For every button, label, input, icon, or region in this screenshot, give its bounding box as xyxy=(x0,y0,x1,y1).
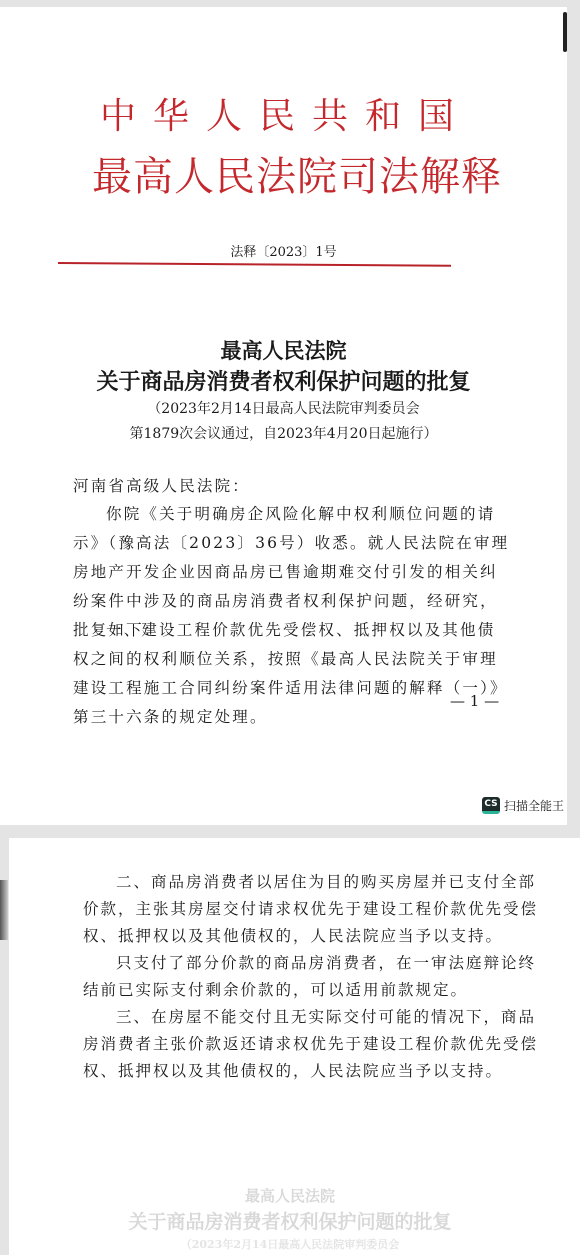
paragraph-article-2: 二、商品房消费者以居住为目的购买房屋并已支付全部价款，主张其房屋交付请求权优先于… xyxy=(83,869,543,950)
watermark-text: 扫描全能王 xyxy=(504,797,564,814)
bleed-through-issuer: 最高人民法院 xyxy=(0,1185,580,1206)
masthead-court-interpretation: 最高人民法院司法解释 xyxy=(92,145,502,202)
document-issuer: 最高人民法院 xyxy=(0,335,567,365)
paragraph-article-1: 一、建设工程价款优先受偿权、抵押权以及其他债权之间的权利顺位关系，按照《最高人民… xyxy=(73,616,513,732)
bleed-through-note: （2023年2月14日最高人民法院审判委员会 xyxy=(0,1236,580,1252)
document-number: 法释〔2023〕1号 xyxy=(0,241,567,260)
document-title: 关于商品房消费者权利保护问题的批复 xyxy=(0,365,567,396)
page-edge-shadow-left xyxy=(0,880,8,940)
masthead-country: 中华人民共和国 xyxy=(100,88,471,139)
bleed-through-title: 关于商品房消费者权利保护问题的批复 xyxy=(0,1207,580,1234)
page-edge-shadow xyxy=(563,12,567,52)
page-number: — 1 — xyxy=(450,692,499,710)
salutation: 河南省高级人民法院： xyxy=(73,472,250,501)
adoption-note-line2: 第1879次会议通过，自2023年4月20日起施行） xyxy=(0,423,567,443)
camscanner-logo-icon: CS xyxy=(482,797,500,814)
paragraph-article-2-sub: 只支付了部分价款的商品房消费者，在一审法庭辩论终结前已实际支付剩余价款的，可以适… xyxy=(83,950,543,1004)
paragraph-article-3: 三、在房屋不能交付且无实际交付可能的情况下，商品房消费者主张价款返还请求权优先于… xyxy=(83,1004,543,1085)
adoption-note-line1: （2023年2月14日最高人民法院审判委员会 xyxy=(0,398,567,418)
scanner-watermark: CS 扫描全能王 xyxy=(482,797,564,814)
